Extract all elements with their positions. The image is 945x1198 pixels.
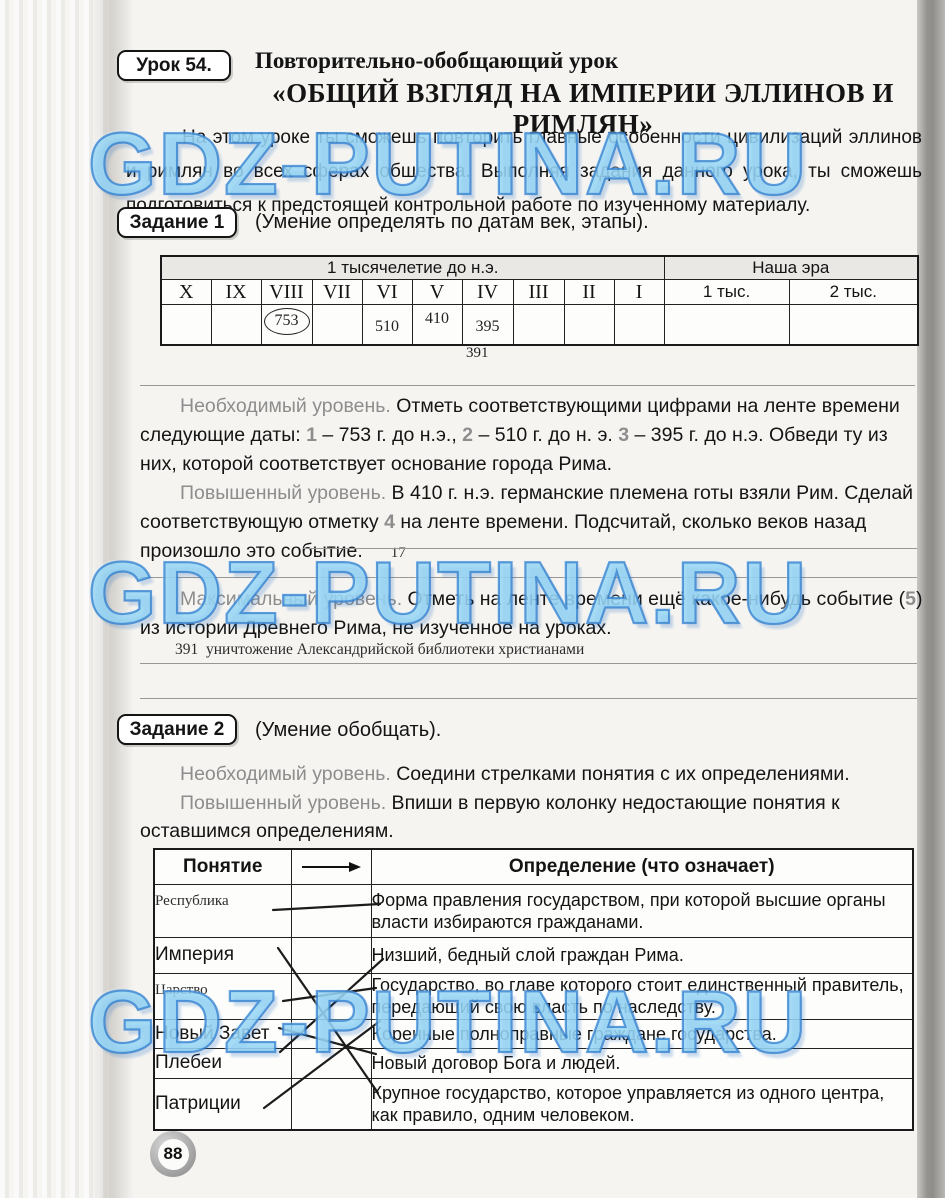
- timeline-slot: [564, 305, 614, 346]
- century-cell: I: [614, 280, 664, 305]
- timeline-table: 1 тысячелетие до н.э. Наша эра X IX VIII…: [160, 255, 919, 346]
- match-cell: [291, 1078, 371, 1130]
- match-arrow-icon: [291, 849, 371, 884]
- ruled-line: [140, 385, 915, 386]
- scanned-workbook-page: Урок 54. Повторительно-обобщающий урок «…: [0, 0, 945, 1198]
- task2-advanced-level: Повышенный уровень. Впиши в первую колон…: [140, 789, 922, 845]
- millennium-cell: 1 тыс.: [664, 280, 789, 305]
- level-label: Повышенный уровень.: [180, 482, 386, 504]
- concept-column-header: Понятие: [154, 849, 291, 884]
- lesson-badge-label: Урок 54.: [136, 55, 212, 77]
- match-cell: [291, 937, 371, 973]
- century-cell: VI: [362, 280, 412, 305]
- century-cell: VIII: [261, 280, 312, 305]
- lesson-kicker: Повторительно-обобщающий урок: [255, 48, 618, 74]
- task1-badge: Задание 1: [117, 207, 237, 238]
- page-number: 88: [158, 1139, 189, 1170]
- handwritten-mark-410: 410: [425, 310, 449, 328]
- handwritten-answer-event: 391 уничтожение Александрийской библиоте…: [175, 641, 584, 659]
- task2-badge: Задание 2: [117, 714, 237, 745]
- timeline-slot: [664, 305, 789, 346]
- handwritten-mark-753-circled: 753: [264, 308, 310, 335]
- timeline-slot: 753: [261, 305, 312, 346]
- level-label: Необходимый уровень.: [180, 763, 391, 785]
- task1-advanced-level: Повышенный уровень. В 410 г. н.э. герман…: [140, 479, 918, 568]
- era-ad-header: Наша эра: [664, 256, 918, 280]
- century-cell: X: [161, 280, 211, 305]
- century-cell: V: [412, 280, 462, 305]
- era-bc-header: 1 тысячелетие до н.э.: [161, 256, 664, 280]
- definition-cell: Крупное государство, которое управляется…: [371, 1078, 913, 1130]
- ruled-line: [140, 698, 917, 699]
- timeline-slot: [789, 305, 918, 346]
- timeline-slot: 510: [362, 305, 412, 346]
- definition-cell: Новый договор Бога и людей.: [371, 1048, 913, 1078]
- concept-cell: Новый Завет: [154, 1019, 291, 1048]
- century-cell: IV: [462, 280, 513, 305]
- century-cell: IX: [211, 280, 261, 305]
- timeline-slot: [312, 305, 362, 346]
- match-cell: [291, 1048, 371, 1078]
- task1-skill: (Умение определять по датам век, этапы).: [255, 211, 649, 234]
- timeline-slot: [513, 305, 564, 346]
- concept-cell-handwritten: Царство: [154, 973, 291, 1019]
- handwritten-mark-395: 395: [476, 318, 500, 336]
- century-cell: VII: [312, 280, 362, 305]
- definition-cell: Государство, во главе которого стоит еди…: [371, 973, 913, 1019]
- lesson-badge: Урок 54.: [117, 50, 231, 81]
- ruled-line: [140, 663, 917, 664]
- intro-paragraph: На этом уроке ты сможешь повторить главн…: [126, 121, 922, 223]
- timeline-slot: 410: [412, 305, 462, 346]
- handwritten-mark-510: 510: [375, 318, 399, 336]
- page-number-badge: 88: [150, 1131, 196, 1177]
- concept-cell-handwritten: Республика: [154, 884, 291, 937]
- level-label: Повышенный уровень.: [180, 792, 386, 814]
- concept-cell: Империя: [154, 937, 291, 973]
- task1-max-level: Максимальный уровень. Отметь на ленте вр…: [140, 585, 925, 643]
- concept-definition-table: Понятие Определение (что означает) Респу…: [153, 848, 914, 1131]
- match-cell: [291, 1019, 371, 1048]
- handwritten-note-391: 391: [466, 345, 489, 362]
- definition-column-header: Определение (что означает): [371, 849, 913, 884]
- task2-badge-label: Задание 2: [130, 719, 225, 741]
- timeline-slot: [161, 305, 211, 346]
- level-label: Максимальный уровень.: [180, 588, 402, 610]
- timeline-slot: [614, 305, 664, 346]
- century-cell: II: [564, 280, 614, 305]
- task1-required-level: Необходимый уровень. Отметь соответствую…: [140, 392, 918, 479]
- definition-cell: Низший, бедный слой граждан Рима.: [371, 937, 913, 973]
- millennium-cell: 2 тыс.: [789, 280, 918, 305]
- match-cell: [291, 884, 371, 937]
- level-text: Соедини стрелками понятия с их определен…: [391, 763, 850, 785]
- task2-required-level: Необходимый уровень. Соедини стрелками п…: [140, 760, 922, 788]
- timeline-slot: 395: [462, 305, 513, 346]
- timeline-slot: [211, 305, 261, 346]
- concept-cell: Плебеи: [154, 1048, 291, 1078]
- ruled-line: [303, 548, 917, 549]
- ruled-line: [140, 577, 917, 578]
- level-label: Необходимый уровень.: [180, 395, 391, 417]
- concept-cell: Патриции: [154, 1078, 291, 1130]
- definition-cell: Коренные полноправные граждане государст…: [371, 1019, 913, 1048]
- task2-skill: (Умение обобщать).: [255, 719, 441, 742]
- task1-badge-label: Задание 1: [130, 212, 225, 234]
- match-cell: [291, 973, 371, 1019]
- definition-cell: Форма правления государством, при которо…: [371, 884, 913, 937]
- century-cell: III: [513, 280, 564, 305]
